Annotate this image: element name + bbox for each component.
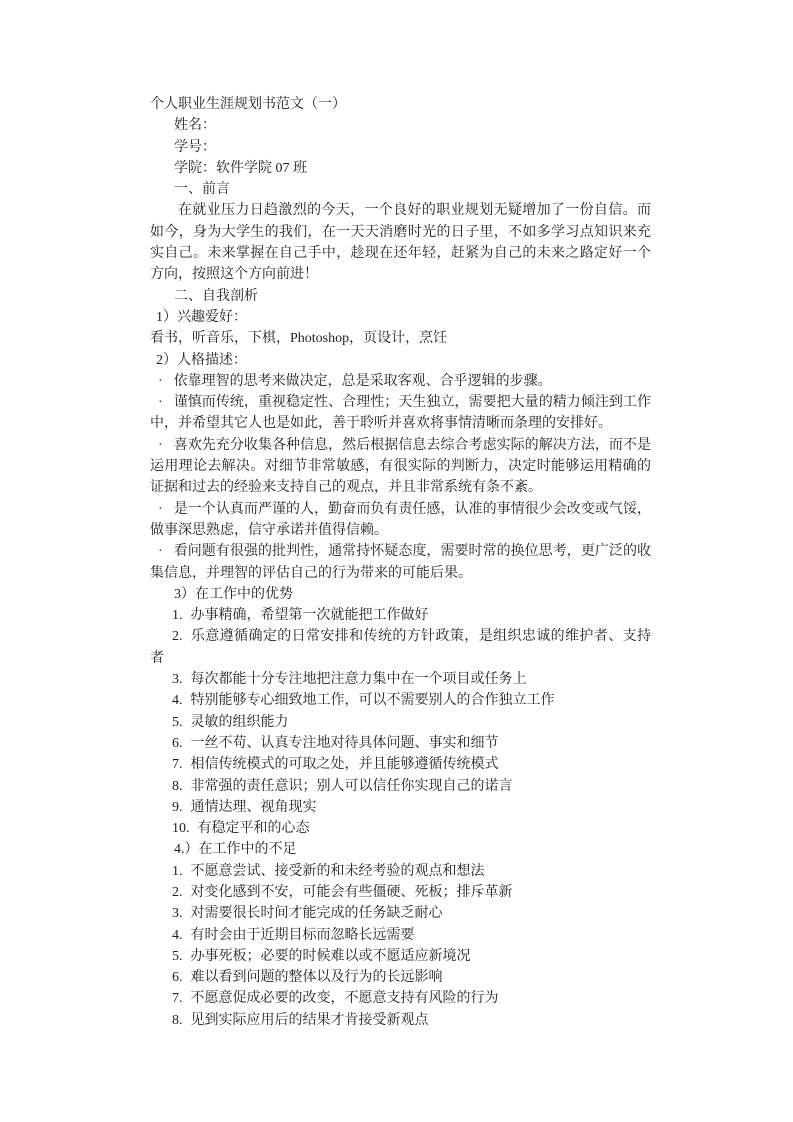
numbered-item: 6.难以看到问题的整体以及行为的长远影响 (150, 967, 651, 988)
numbered-item: 7.相信传统模式的可取之处，并且能够遵循传统模式 (150, 754, 651, 775)
section-heading: 4.）在工作中的不足 (150, 839, 651, 860)
numbered-item: 8.非常强的责任意识；别人可以信任你实现自己的诺言 (150, 776, 651, 797)
numbered-item: 9.通情达理、视角现实 (150, 797, 651, 818)
paragraph-text: 是一个认真而严谨的人，勤奋而负有责任感，认准的事情很少会改变或气馁， 做事深思熟… (150, 502, 651, 538)
bullet-item: ·喜欢先充分收集各种信息，然后根据信息去综合考虑实际的解决方法，而不是运用理论去… (150, 435, 651, 499)
item-number: 3. (172, 672, 183, 687)
numbered-item: 5.灵敏的组织能力 (150, 712, 651, 733)
bullet-icon: · (158, 502, 163, 517)
numbered-item: 5.办事死板；必要的时候难以或不愿适应新境况 (150, 946, 651, 967)
paragraph-text: 通情达理、视角现实 (191, 800, 317, 815)
paragraph-text: 不愿意促成必要的改变，不愿意支持有风险的行为 (191, 991, 499, 1006)
sub-label: 2）人格描述： (150, 350, 651, 371)
bullet-item: ·依靠理智的思考来做决定，总是采取客观、合乎逻辑的步骤。 (150, 371, 651, 392)
paragraph-text: 看书，听音乐，下棋，Photoshop，页设计，烹饪 (150, 331, 447, 346)
paragraph-text: 学号： (174, 140, 216, 155)
section-heading: 二、自我剖析 (150, 286, 651, 307)
numbered-item: 6.一丝不苟、认真专注地对待具体问题、事实和细节 (150, 733, 651, 754)
paragraph-text: 一、前言 (174, 182, 230, 197)
numbered-item: 2.对变化感到不安，可能会有些僵硬、死板；排斥革新 (150, 882, 651, 903)
paragraph-text: 办事精确，希望第一次就能把工作做好 (191, 608, 429, 623)
item-number: 9. (172, 800, 183, 815)
paragraph-text: 难以看到问题的整体以及行为的长远影响 (191, 970, 443, 985)
paragraph-text: 个人职业生涯规划书范文（一） (150, 97, 346, 112)
item-number: 1. (172, 608, 183, 623)
paragraph-text: 乐意遵循确定的日常安排和传统的方针政策，是组织忠诚的维护者、支持者 (150, 629, 651, 665)
item-number: 2. (172, 629, 183, 644)
text-line: 看书，听音乐，下棋，Photoshop，页设计，烹饪 (150, 328, 651, 349)
paragraph-text: 在就业压力日趋激烈的今天，一个良好的职业规划无疑增加了一份自信。而如今，身为大学… (150, 203, 651, 282)
paragraph-text: 看问题有很强的批判性，通常持怀疑态度，需要时常的换位思考，更广泛的收集信息，并理… (150, 544, 651, 580)
document-title: 个人职业生涯规划书范文（一） (150, 94, 651, 115)
bullet-icon: · (158, 374, 163, 389)
numbered-item: 1.不愿意尝试、接受新的和未经考验的观点和想法 (150, 861, 651, 882)
numbered-item: 1.办事精确，希望第一次就能把工作做好 (150, 605, 651, 626)
item-number: 3. (172, 906, 183, 921)
paragraph-text: 一丝不苟、认真专注地对待具体问题、事实和细节 (191, 736, 499, 751)
paragraph-text: 不愿意尝试、接受新的和未经考验的观点和想法 (191, 864, 485, 879)
meta-line: 学号： (150, 137, 651, 158)
item-number: 10. (172, 821, 190, 836)
numbered-item: 8.见到实际应用后的结果才肯接受新观点 (150, 1010, 651, 1031)
item-number: 2. (172, 885, 183, 900)
item-number: 4. (172, 693, 183, 708)
numbered-item: 2.乐意遵循确定的日常安排和传统的方针政策，是组织忠诚的维护者、支持者 (150, 626, 651, 669)
paragraph-text: 每次都能十分专注地把注意力集中在一个项目或任务上 (191, 672, 527, 687)
paragraph-text: 见到实际应用后的结果才肯接受新观点 (191, 1013, 429, 1028)
bullet-icon: · (158, 438, 163, 453)
item-number: 8. (172, 1013, 183, 1028)
bullet-item: ·是一个认真而严谨的人，勤奋而负有责任感，认准的事情很少会改变或气馁， 做事深思… (150, 499, 651, 542)
paragraph-text: 对变化感到不安，可能会有些僵硬、死板；排斥革新 (191, 885, 513, 900)
paragraph-text: 学院：软件学院 07 班 (174, 161, 307, 176)
meta-line: 姓名： (150, 115, 651, 136)
paragraph-text: 4.）在工作中的不足 (174, 842, 297, 857)
body-paragraph: 在就业压力日趋激烈的今天，一个良好的职业规划无疑增加了一份自信。而如今，身为大学… (150, 200, 651, 285)
numbered-item: 3.每次都能十分专注地把注意力集中在一个项目或任务上 (150, 669, 651, 690)
section-heading: 3）在工作中的优势 (150, 584, 651, 605)
document-page: 个人职业生涯规划书范文（一）姓名：学号：学院：软件学院 07 班一、前言在就业压… (0, 0, 793, 1122)
item-number: 5. (172, 715, 183, 730)
numbered-item: 3.对需要很长时间才能完成的任务缺乏耐心 (150, 903, 651, 924)
paragraph-text: 有时会由于近期目标而忽略长远需要 (191, 928, 415, 943)
paragraph-text: 2）人格描述： (156, 353, 247, 368)
paragraph-text: 依靠理智的思考来做决定，总是采取客观、合乎逻辑的步骤。 (174, 374, 552, 389)
paragraph-text: 有稳定平和的心态 (198, 821, 310, 836)
item-number: 8. (172, 779, 183, 794)
bullet-item: ·谨慎而传统，重视稳定性、合理性；天生独立，需要把大量的精力倾注到工作中，并希望… (150, 392, 651, 435)
paragraph-text: 喜欢先充分收集各种信息，然后根据信息去综合考虑实际的解决方法，而不是运用理论去解… (150, 438, 651, 496)
numbered-item: 4.特别能够专心细致地工作，可以不需要别人的合作独立工作 (150, 690, 651, 711)
numbered-item: 7.不愿意促成必要的改变，不愿意支持有风险的行为 (150, 988, 651, 1009)
meta-line: 学院：软件学院 07 班 (150, 158, 651, 179)
sub-label: 1）兴趣爱好： (150, 307, 651, 328)
numbered-item: 4.有时会由于近期目标而忽略长远需要 (150, 925, 651, 946)
item-number: 6. (172, 970, 183, 985)
document-content: 个人职业生涯规划书范文（一）姓名：学号：学院：软件学院 07 班一、前言在就业压… (150, 94, 651, 1031)
paragraph-text: 姓名： (174, 118, 216, 133)
paragraph-text: 办事死板；必要的时候难以或不愿适应新境况 (191, 949, 471, 964)
paragraph-text: 二、自我剖析 (174, 289, 258, 304)
item-number: 1. (172, 864, 183, 879)
paragraph-text: 对需要很长时间才能完成的任务缺乏耐心 (191, 906, 443, 921)
paragraph-text: 特别能够专心细致地工作，可以不需要别人的合作独立工作 (191, 693, 555, 708)
item-number: 6. (172, 736, 183, 751)
paragraph-text: 谨慎而传统，重视稳定性、合理性；天生独立，需要把大量的精力倾注到工作中，并希望其… (150, 395, 651, 431)
bullet-icon: · (158, 544, 163, 559)
bullet-item: ·看问题有很强的批判性，通常持怀疑态度，需要时常的换位思考，更广泛的收集信息，并… (150, 541, 651, 584)
numbered-item: 10.有稳定平和的心态 (150, 818, 651, 839)
paragraph-text: 1）兴趣爱好： (156, 310, 247, 325)
paragraph-text: 3）在工作中的优势 (174, 587, 293, 602)
item-number: 7. (172, 991, 183, 1006)
paragraph-text: 灵敏的组织能力 (191, 715, 289, 730)
section-heading: 一、前言 (150, 179, 651, 200)
item-number: 4. (172, 928, 183, 943)
bullet-icon: · (158, 395, 163, 410)
item-number: 7. (172, 757, 183, 772)
item-number: 5. (172, 949, 183, 964)
paragraph-text: 相信传统模式的可取之处，并且能够遵循传统模式 (191, 757, 499, 772)
paragraph-text: 非常强的责任意识；别人可以信任你实现自己的诺言 (191, 779, 513, 794)
